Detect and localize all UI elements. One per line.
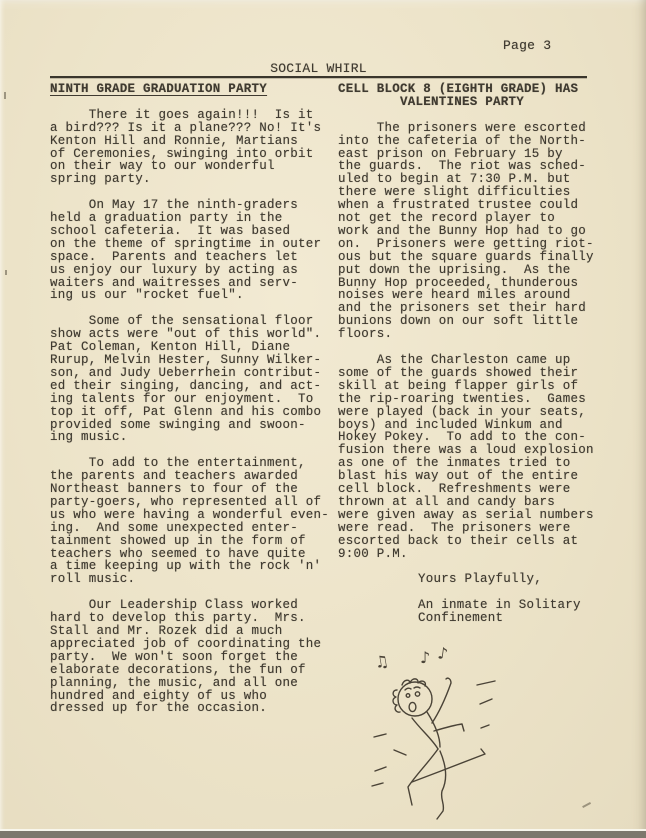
left-article-paragraph: Our Leadership Class worked hard to deve… — [50, 599, 334, 715]
figure-leg — [408, 749, 438, 805]
motion-dashes — [372, 681, 495, 786]
figure-arm — [434, 724, 464, 731]
figure-eyebrow — [414, 687, 420, 688]
figure-mouth — [409, 702, 416, 711]
right-column-article: CELL BLOCK 8 (EIGHTH GRADE) HAS VALENTIN… — [338, 83, 638, 638]
left-article-paragraph: On May 17 the ninth-graders held a gradu… — [50, 199, 334, 302]
motion-dash — [394, 750, 406, 755]
page-number: Page 3 — [503, 40, 551, 53]
figure-eye — [406, 694, 410, 698]
scan-artifact — [4, 92, 6, 99]
left-column-article: NINTH GRADE GRADUATION PARTY There it go… — [50, 83, 334, 728]
masthead: SOCIAL WHIRL — [50, 59, 587, 77]
dancing-figure-illustration: ♫ ♪ ♪ — [350, 633, 500, 833]
scanned-newsletter-page: Page 3 SOCIAL WHIRL NINTH GRADE GRADUATI… — [0, 0, 646, 838]
motion-dash — [375, 767, 386, 771]
scan-artifact — [5, 270, 7, 275]
figure-leg — [437, 751, 446, 819]
right-article-paragraph: As the Charleston came up some of the gu… — [338, 354, 638, 561]
right-article-paragraph: The prisoners were escorted into the caf… — [338, 122, 638, 341]
page-bottom-shadow — [0, 829, 646, 838]
scan-artifact — [582, 802, 591, 808]
stick-figure — [393, 678, 485, 819]
left-article-paragraph: Some of the sensational floor show acts … — [50, 315, 334, 444]
motion-dash — [481, 725, 489, 728]
figure-eyebrow — [405, 688, 411, 690]
left-article-heading: NINTH GRADE GRADUATION PARTY — [50, 83, 334, 96]
signoff: Yours Playfully, — [418, 573, 638, 586]
header-rule — [50, 76, 587, 78]
figure-arm — [432, 678, 451, 723]
left-article-paragraph: There it goes again!!! Is it a bird??? I… — [50, 109, 334, 186]
music-note-icon: ♫ — [373, 651, 390, 672]
motion-dash — [372, 783, 383, 786]
music-note-icon: ♪ — [436, 643, 449, 663]
figure-leg — [412, 749, 485, 782]
right-article-heading: CELL BLOCK 8 (EIGHTH GRADE) HAS VALENTIN… — [338, 83, 638, 109]
left-article-paragraph: To add to the entertainment, the parents… — [50, 457, 334, 586]
motion-dash — [477, 681, 495, 685]
figure-torso — [412, 718, 438, 749]
newsletter-title: SOCIAL WHIRL — [270, 63, 367, 76]
motion-dash — [480, 699, 492, 704]
music-note-icon: ♪ — [420, 648, 430, 667]
motion-dash — [374, 734, 386, 737]
signature: An inmate in Solitary Confinement — [418, 599, 638, 625]
figure-eye — [415, 692, 419, 696]
